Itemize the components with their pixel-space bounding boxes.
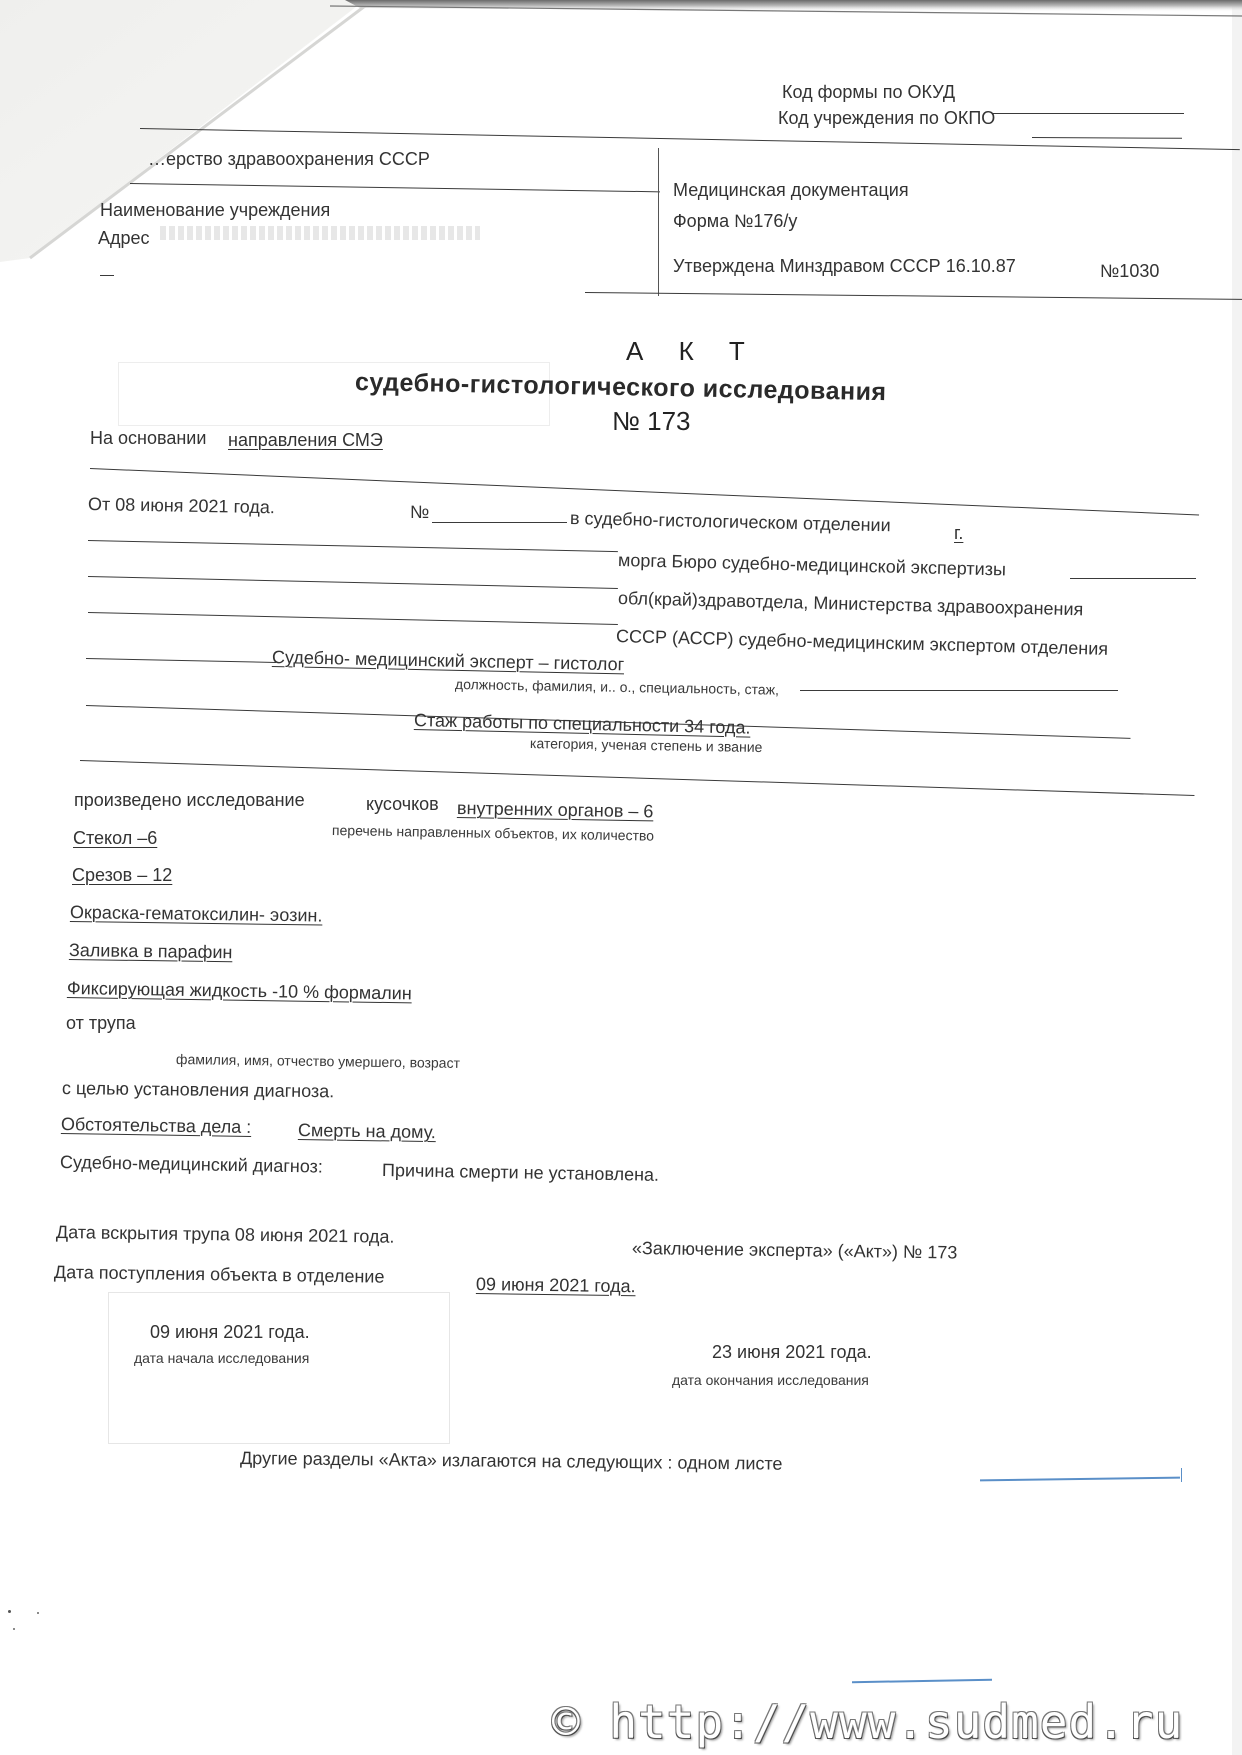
ministry-name: …ерство здравоохранения СССР xyxy=(148,149,430,170)
dept-line-4: СССР (АССР) судебно-медицинским эксперто… xyxy=(616,626,1109,660)
study-item-fixative: Фиксирующая жидкость -10 % формалин xyxy=(67,978,412,1004)
expert-rule-right xyxy=(800,690,1118,691)
med-doc-label: Медицинская документация xyxy=(673,180,909,201)
basis-prefix: На основании xyxy=(90,428,206,449)
end-date: 23 июня 2021 года. xyxy=(712,1342,872,1363)
expert-experience: Стаж работы по специальности 34 года. xyxy=(414,710,751,739)
study-item-embedding: Заливка в парафин xyxy=(69,940,233,963)
faded-stamp-text xyxy=(160,226,480,240)
document-page: Код формы по ОКУД Код учреждения по ОКПО… xyxy=(0,0,1242,1755)
study-item-slides: Стекол –6 xyxy=(73,828,157,849)
objects-value: внутренних органов – 6 xyxy=(457,798,654,822)
study-label: произведено исследование xyxy=(74,790,305,811)
okud-field[interactable] xyxy=(992,113,1184,114)
receipt-date: 09 июня 2021 года. xyxy=(476,1274,636,1297)
title-number: № 173 xyxy=(612,406,691,437)
expert-position: Судебно- медицинский эксперт – гистолог xyxy=(272,647,625,675)
header-top-rule xyxy=(140,128,1240,150)
speck xyxy=(8,1610,11,1613)
purpose-text: с целью установления диагноза. xyxy=(62,1078,335,1102)
diagnosis-value: Причина смерти не установлена. xyxy=(382,1160,659,1186)
dept-line-1: в судебно-гистологическом отделении xyxy=(570,508,891,536)
circumstances-label: Обстоятельства дела : xyxy=(61,1114,252,1138)
conclusion-number: «Заключение эксперта» («Акт») № 173 xyxy=(632,1238,958,1264)
order-number: №1030 xyxy=(1100,261,1159,282)
dept-line-2: морга Бюро судебно-медицинской экспертиз… xyxy=(618,550,1006,580)
header-divider xyxy=(658,148,659,296)
study-item-stain: Окраска-гематоксилин- эозин. xyxy=(70,902,323,927)
start-date-hint: дата начала исследования xyxy=(134,1350,309,1366)
referral-number-field[interactable] xyxy=(432,522,567,523)
address-dash xyxy=(100,275,114,276)
study-item-sections: Срезов – 12 xyxy=(72,865,172,886)
end-date-hint: дата окончания исследования xyxy=(672,1372,869,1388)
title-akt: А К Т xyxy=(626,336,759,367)
faded-stamp-2 xyxy=(108,1292,450,1444)
okud-label: Код формы по ОКУД xyxy=(782,82,955,103)
referral-number-label: № xyxy=(410,502,429,523)
speck xyxy=(13,1628,15,1630)
expert-position-hint: должность, фамилия, и.. о., специальност… xyxy=(455,676,779,698)
deceased-hint: фамилия, имя, отчество умершего, возраст xyxy=(176,1051,460,1071)
objects-hint: перечень направленных объектов, их колич… xyxy=(332,822,654,844)
receipt-label: Дата поступления объекта в отделение xyxy=(54,1262,385,1288)
address-label: Адрес xyxy=(98,228,150,249)
form-number: Форма №176/у xyxy=(673,211,797,232)
other-sections-text: Другие разделы «Акта» излагаются на след… xyxy=(240,1448,783,1475)
circumstances-value: Смерть на дому. xyxy=(298,1120,436,1143)
okpo-label: Код учреждения по ОКПО xyxy=(778,108,995,129)
expert-rule-left xyxy=(86,658,276,663)
dept-rule-3 xyxy=(88,576,618,589)
blue-pen-stroke xyxy=(980,1477,1180,1482)
folded-corner xyxy=(0,0,1242,1755)
blue-pen-stroke-bottom xyxy=(852,1679,992,1683)
objects-prefix: кусочков xyxy=(366,794,439,815)
diagnosis-label: Судебно-медицинский диагноз: xyxy=(60,1152,323,1178)
referral-date: От 08 июня 2021 года. xyxy=(88,494,275,518)
expert-experience-hint: категория, ученая степень и звание xyxy=(530,735,763,755)
approved-text: Утверждена Минздравом СССР 16.10.87 xyxy=(673,256,1016,277)
dept-rule-2b xyxy=(1070,578,1196,579)
dept-city: г. xyxy=(954,523,963,544)
dept-line-3: обл(край)здравотдела, Министерства здрав… xyxy=(618,588,1084,620)
header-bottom-rule xyxy=(585,292,1242,300)
okpo-field[interactable] xyxy=(1032,137,1182,139)
institution-label: Наименование учреждения xyxy=(100,200,330,221)
speck xyxy=(37,1612,39,1614)
from-corpse-label: от трупа xyxy=(66,1013,136,1034)
autopsy-date: Дата вскрытия трупа 08 июня 2021 года. xyxy=(56,1222,395,1248)
start-date: 09 июня 2021 года. xyxy=(150,1322,310,1343)
dept-rule-4 xyxy=(88,612,618,625)
blue-pen-stroke-end xyxy=(1181,1468,1182,1482)
basis-value: направления СМЭ xyxy=(228,430,383,451)
ministry-rule xyxy=(130,183,660,192)
dept-rule-2 xyxy=(88,540,618,552)
watermark: © http://www.sudmed.ru xyxy=(552,1695,1183,1749)
